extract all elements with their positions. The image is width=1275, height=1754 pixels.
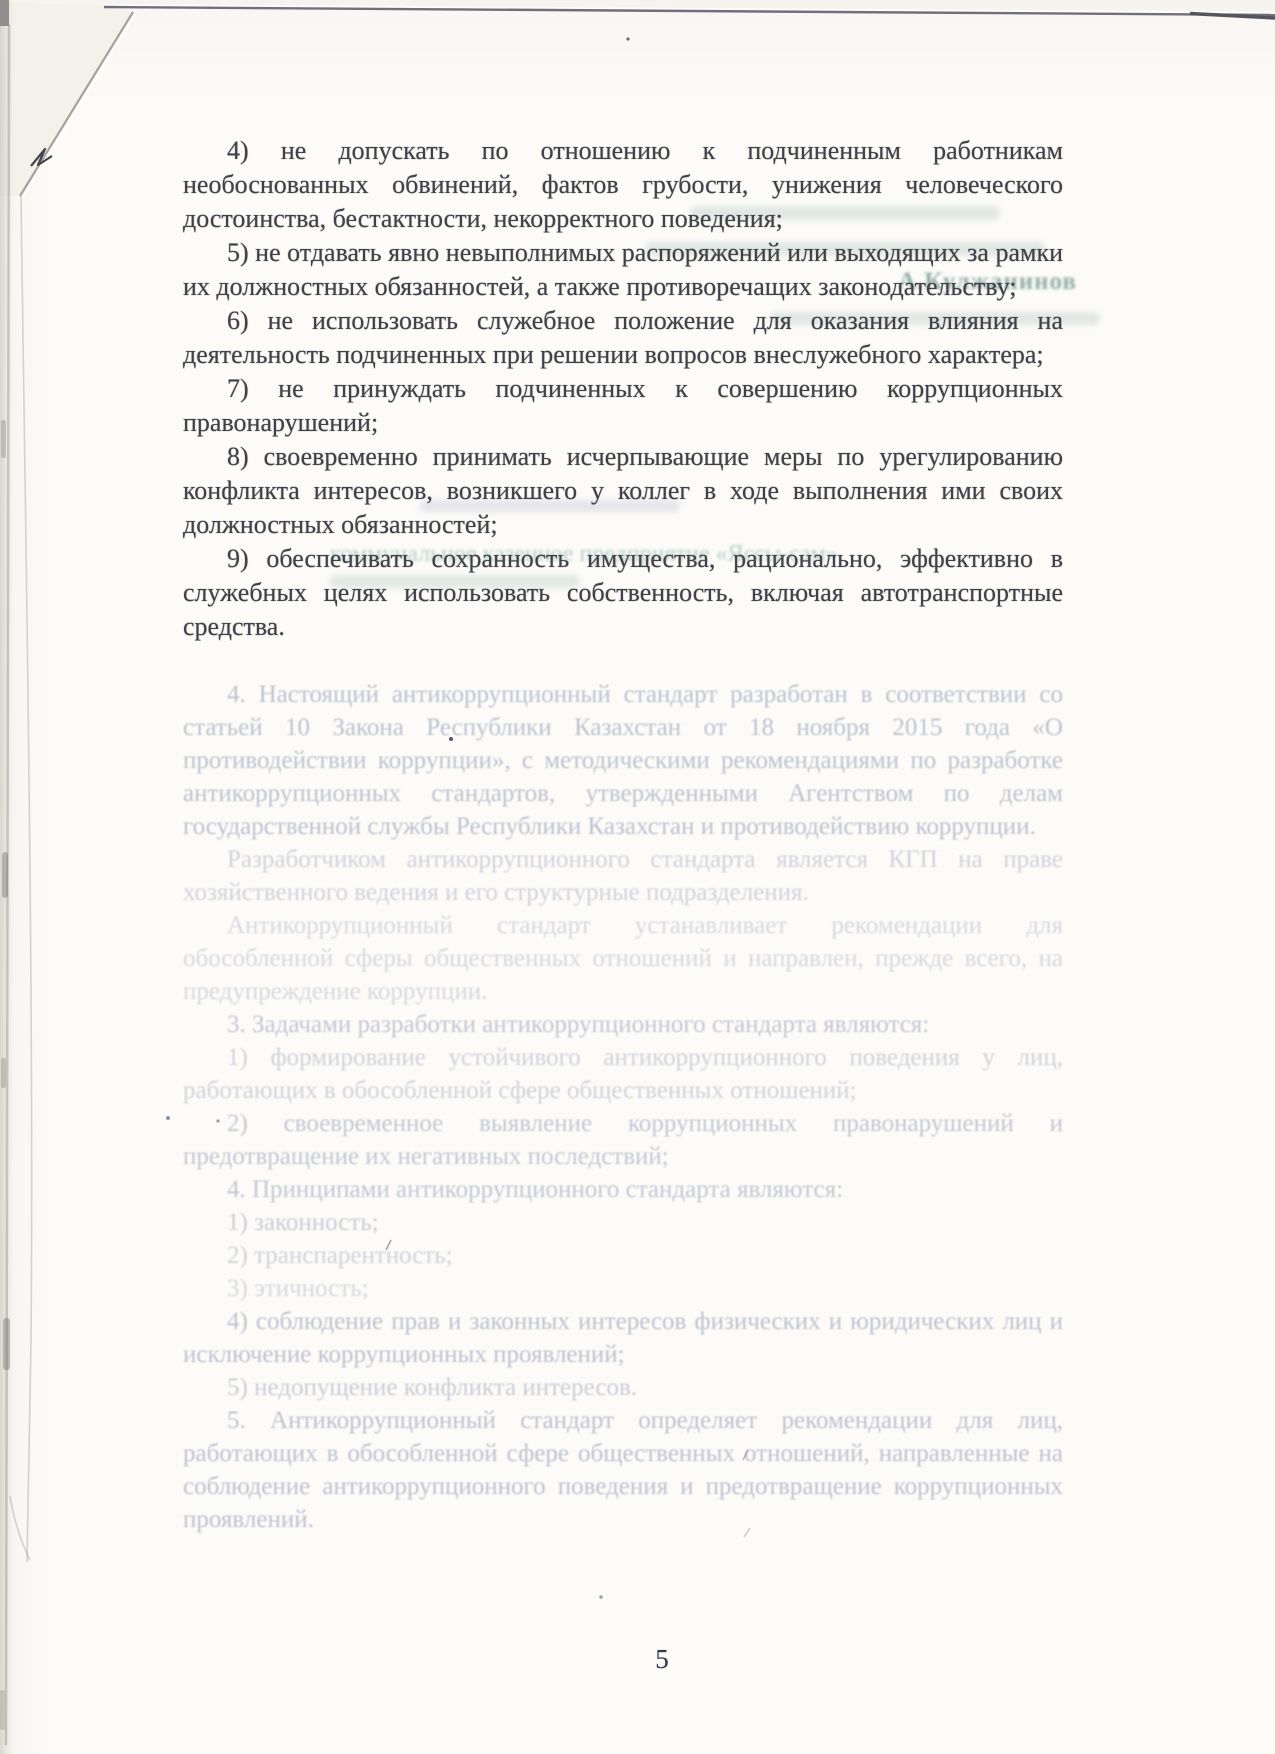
faded-paragraph: 1) формирование устойчивого антикоррупци… bbox=[183, 1041, 1063, 1107]
vertical-crease-line bbox=[21, 196, 32, 1562]
clause-paragraph-6: 6) не использовать служебное положение д… bbox=[183, 304, 1063, 372]
faded-paragraph: 3. Задачами разработки антикоррупционног… bbox=[183, 1008, 1063, 1041]
scanner-background-strip bbox=[0, 0, 1275, 13]
clause-paragraph-9: 9) обеспечивать сохранность имущества, р… bbox=[183, 542, 1063, 644]
faded-paragraph: Разработчиком антикоррупционного стандар… bbox=[183, 843, 1063, 909]
corner-fold-crease-line bbox=[20, 12, 133, 196]
ink-speck bbox=[599, 1595, 603, 1599]
faded-paragraph: 4. Принципами антикоррупционного стандар… bbox=[183, 1173, 1063, 1206]
faded-paragraph: 4. Настоящий антикоррупционный стандарт … bbox=[183, 678, 1063, 843]
scanned-document-page: А.Кулжанинов коммунальное казенное предп… bbox=[0, 0, 1275, 1754]
clause-paragraph-8: 8) своевременно принимать исчерпывающие … bbox=[183, 440, 1063, 542]
faded-paragraph: 1) законность; bbox=[183, 1206, 1063, 1239]
clause-paragraph-7: 7) не принуждать подчиненных к совершени… bbox=[183, 372, 1063, 440]
clause-paragraph-4: 4) не допускать по отношению к подчиненн… bbox=[183, 134, 1063, 236]
faded-paragraph: 3) этичность; bbox=[183, 1272, 1063, 1305]
faded-paragraph: 5) недопущение конфликта интересов. bbox=[183, 1371, 1063, 1404]
faded-paragraph: 4) соблюдение прав и законных интересов … bbox=[183, 1305, 1063, 1371]
faded-paragraph: Антикоррупционный стандарт устанавливает… bbox=[183, 909, 1063, 1008]
ink-speck bbox=[626, 37, 629, 40]
scan-left-edge-shadow bbox=[0, 0, 14, 1754]
folded-corner-region bbox=[0, 2, 133, 196]
faded-text-block: 4. Настоящий антикоррупционный стандарт … bbox=[183, 678, 1063, 1536]
page-number: 5 bbox=[612, 1644, 712, 1675]
faded-paragraph: 2) транспарентность; bbox=[183, 1239, 1063, 1272]
clause-paragraph-5: 5) не отдавать явно невыполнимых распоря… bbox=[183, 236, 1063, 304]
ink-speck bbox=[166, 1116, 170, 1120]
document-body-text: 4) не допускать по отношению к подчиненн… bbox=[183, 134, 1063, 644]
page-top-edge-line bbox=[104, 7, 1275, 15]
faded-paragraph: 5. Антикоррупционный стандарт определяет… bbox=[183, 1404, 1063, 1536]
faded-paragraph: 2) своевременное выявление коррупционных… bbox=[183, 1107, 1063, 1173]
pen-scribble-mark bbox=[31, 149, 52, 166]
